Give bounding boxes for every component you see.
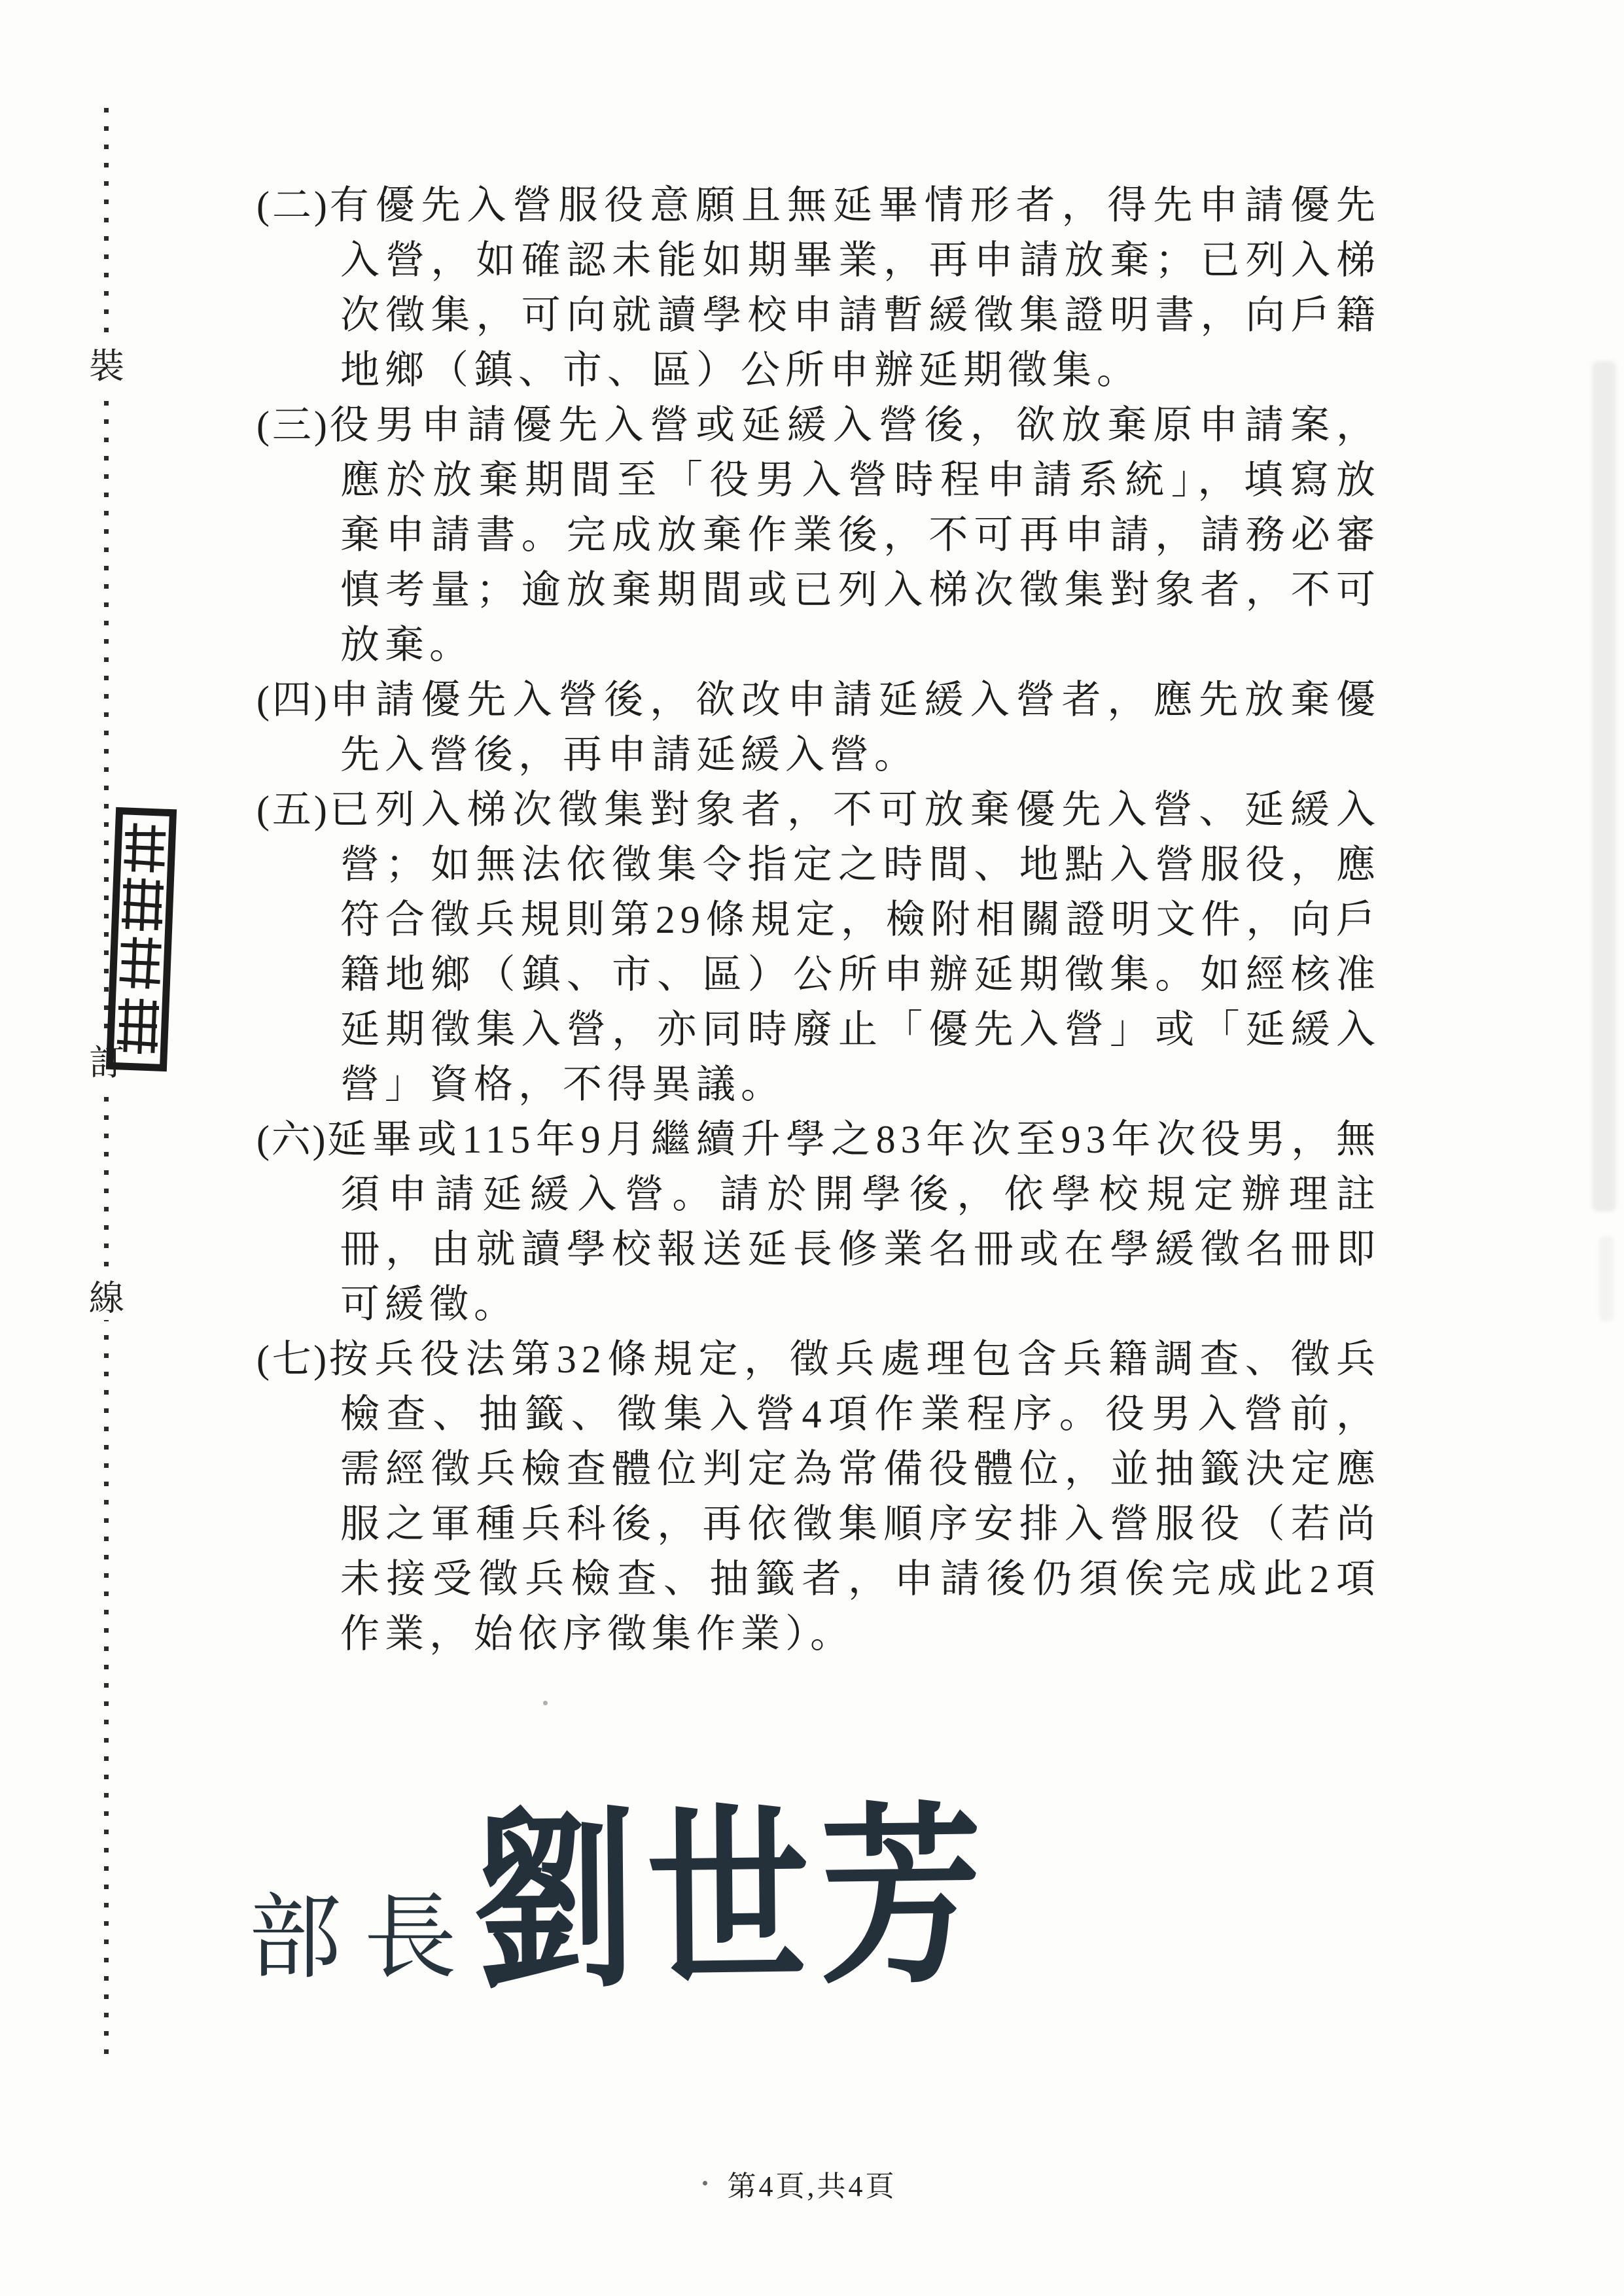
item-label: (六) bbox=[256, 1118, 327, 1161]
scan-speck bbox=[703, 2181, 707, 2185]
item-text: 有優先入營服役意願且無延畢情形者，得先申請優先入營，如確認未能如期畢業，再申請放… bbox=[328, 184, 1381, 392]
item-label: (四) bbox=[256, 678, 328, 722]
item-text: 延畢或115年9月繼續升學之83年次至93年次役男，無須申請延緩入營。請於開學後… bbox=[327, 1118, 1381, 1326]
item-label: (二) bbox=[256, 184, 328, 227]
list-item: (六)延畢或115年9月繼續升學之83年次至93年次役男，無須申請延緩入營。請於… bbox=[256, 1112, 1381, 1332]
item-label: (七) bbox=[256, 1338, 328, 1381]
minister-signature: 劉世芳 bbox=[472, 1741, 994, 2025]
minister-title: 部長 bbox=[249, 1863, 479, 1996]
scan-artifact bbox=[1592, 361, 1616, 1211]
binding-mark-xian: 線 bbox=[86, 1277, 128, 1320]
page-number: 第4頁,共4頁 bbox=[0, 2163, 1624, 2204]
item-label: (五) bbox=[256, 788, 328, 831]
item-label: (三) bbox=[256, 404, 328, 447]
item-text: 按兵役法第32條規定，徵兵處理包含兵籍調查、徵兵檢查、抽籤、徵集入營4項作業程序… bbox=[328, 1338, 1381, 1656]
item-text: 已列入梯次徵集對象者，不可放棄優先入營、延緩入營；如無法依徵集令指定之時間、地點… bbox=[328, 788, 1381, 1106]
document-body: (二)有優先入營服役意願且無延畢情形者，得先申請優先入營，如確認未能如期畢業，再… bbox=[256, 178, 1381, 1661]
scanned-document-page: 裝 訂 線 bbox=[0, 0, 1624, 2296]
item-text: 申請優先入營後，欲改申請延緩入營者，應先放棄優先入營後，再申請延緩入營。 bbox=[328, 678, 1381, 776]
seal-stamp-icon bbox=[105, 806, 177, 1072]
item-text: 役男申請優先入營或延緩入營後，欲放棄原申請案，應於放棄期間至「役男入營時程申請系… bbox=[328, 404, 1381, 667]
binding-mark-zhuang: 裝 bbox=[86, 345, 128, 388]
list-item: (三)役男申請優先入營或延緩入營後，欲放棄原申請案，應於放棄期間至「役男入營時程… bbox=[256, 398, 1381, 672]
scan-artifact bbox=[1599, 1236, 1614, 1321]
list-item: (五)已列入梯次徵集對象者，不可放棄優先入營、延緩入營；如無法依徵集令指定之時間… bbox=[256, 782, 1381, 1112]
list-item: (二)有優先入營服役意願且無延畢情形者，得先申請優先入營，如確認未能如期畢業，再… bbox=[256, 178, 1381, 398]
list-item: (四)申請優先入營後，欲改申請延緩入營者，應先放棄優先入營後，再申請延緩入營。 bbox=[256, 672, 1381, 782]
list-item: (七)按兵役法第32條規定，徵兵處理包含兵籍調查、徵兵檢查、抽籤、徵集入營4項作… bbox=[256, 1332, 1381, 1661]
scan-speck bbox=[543, 1701, 548, 1705]
